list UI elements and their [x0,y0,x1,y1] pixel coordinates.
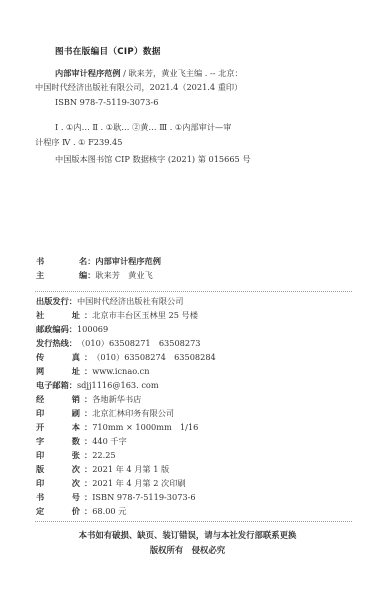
editor-label: 主 [36,269,60,281]
website-row: 网址：www.icnao.cn [36,365,149,377]
website-link[interactable]: www.icnao.cn [92,365,149,377]
email-row: 电子邮箱：sdjj1116@163. com [36,379,159,391]
address-row: 社址：北京市丰台区玉林里 25 号楼 [36,309,198,321]
damage-notice: 本书如有破损、缺页、装订错误，请与本社发行部联系更换 [0,529,375,541]
title-row: 书名：内部审计程序范例 [36,255,161,267]
hotline-row: 发行热线：（010）63508271 63508273 [36,337,201,349]
editor-row: 主编：耿来芳 黄业飞 [36,269,153,281]
separator-bottom [35,521,352,522]
printing-row: 印次：2021 年 4 月第 2 次印刷 [36,477,186,489]
printer-row: 印刷：北京汇林印务有限公司 [36,407,174,419]
price-row: 定价：68.00 元 [36,505,126,517]
postcode-row: 邮政编码：100069 [36,323,108,335]
isbn-row: 书号：ISBN 978-7-5119-3073-6 [36,491,196,503]
distributor-row: 经销：各地新华书店 [36,393,141,405]
sheets-row: 印张：22.25 [36,449,116,461]
title-label: 书 [36,255,60,267]
edition-row: 版次：2021 年 4 月第 1 版 [36,463,169,475]
cip-subject-line-2: 计程序 Ⅳ . ① F239.45 [35,137,122,148]
format-row: 开本：710mm × 1000mm 1/16 [36,421,198,433]
cip-book-title: 内部审计程序范例 [55,68,121,78]
cip-title-line: 内部审计程序范例 / 耿来芳，黄业飞主编 . -- 北京： [55,68,243,79]
title-value: 内部审计程序范例 [95,255,161,267]
cip-heading: 图书在版编目（CIP）数据 [55,45,161,57]
editor-value: 耿来芳 黄业飞 [95,269,152,281]
fax-row: 传真：（010）63508274 63508284 [36,351,216,363]
cip-authors: / 耿来芳，黄业飞主编 . -- 北京： [121,68,243,78]
separator-top [35,291,352,292]
cip-subject-line-1: Ⅰ . ①内… Ⅱ . ①耿… ②黄… Ⅲ . ①内部审计—审 [55,122,231,133]
publisher-row: 出版发行：中国时代经济出版社有限公司 [36,295,183,307]
cip-cataloging-note: 中国版本图书馆 CIP 数据核字 (2021) 第 015665 号 [55,154,251,165]
email-link[interactable]: sdjj1116@163. com [77,379,159,391]
cip-isbn: ISBN 978-7-5119-3073-6 [55,97,158,107]
cip-publisher-line: 中国时代经济出版社有限公司，2021.4（2021.4 重印） [35,82,242,93]
copyright-notice: 版权所有 侵权必究 [0,544,375,556]
word-count-row: 字数：440 千字 [36,435,127,447]
